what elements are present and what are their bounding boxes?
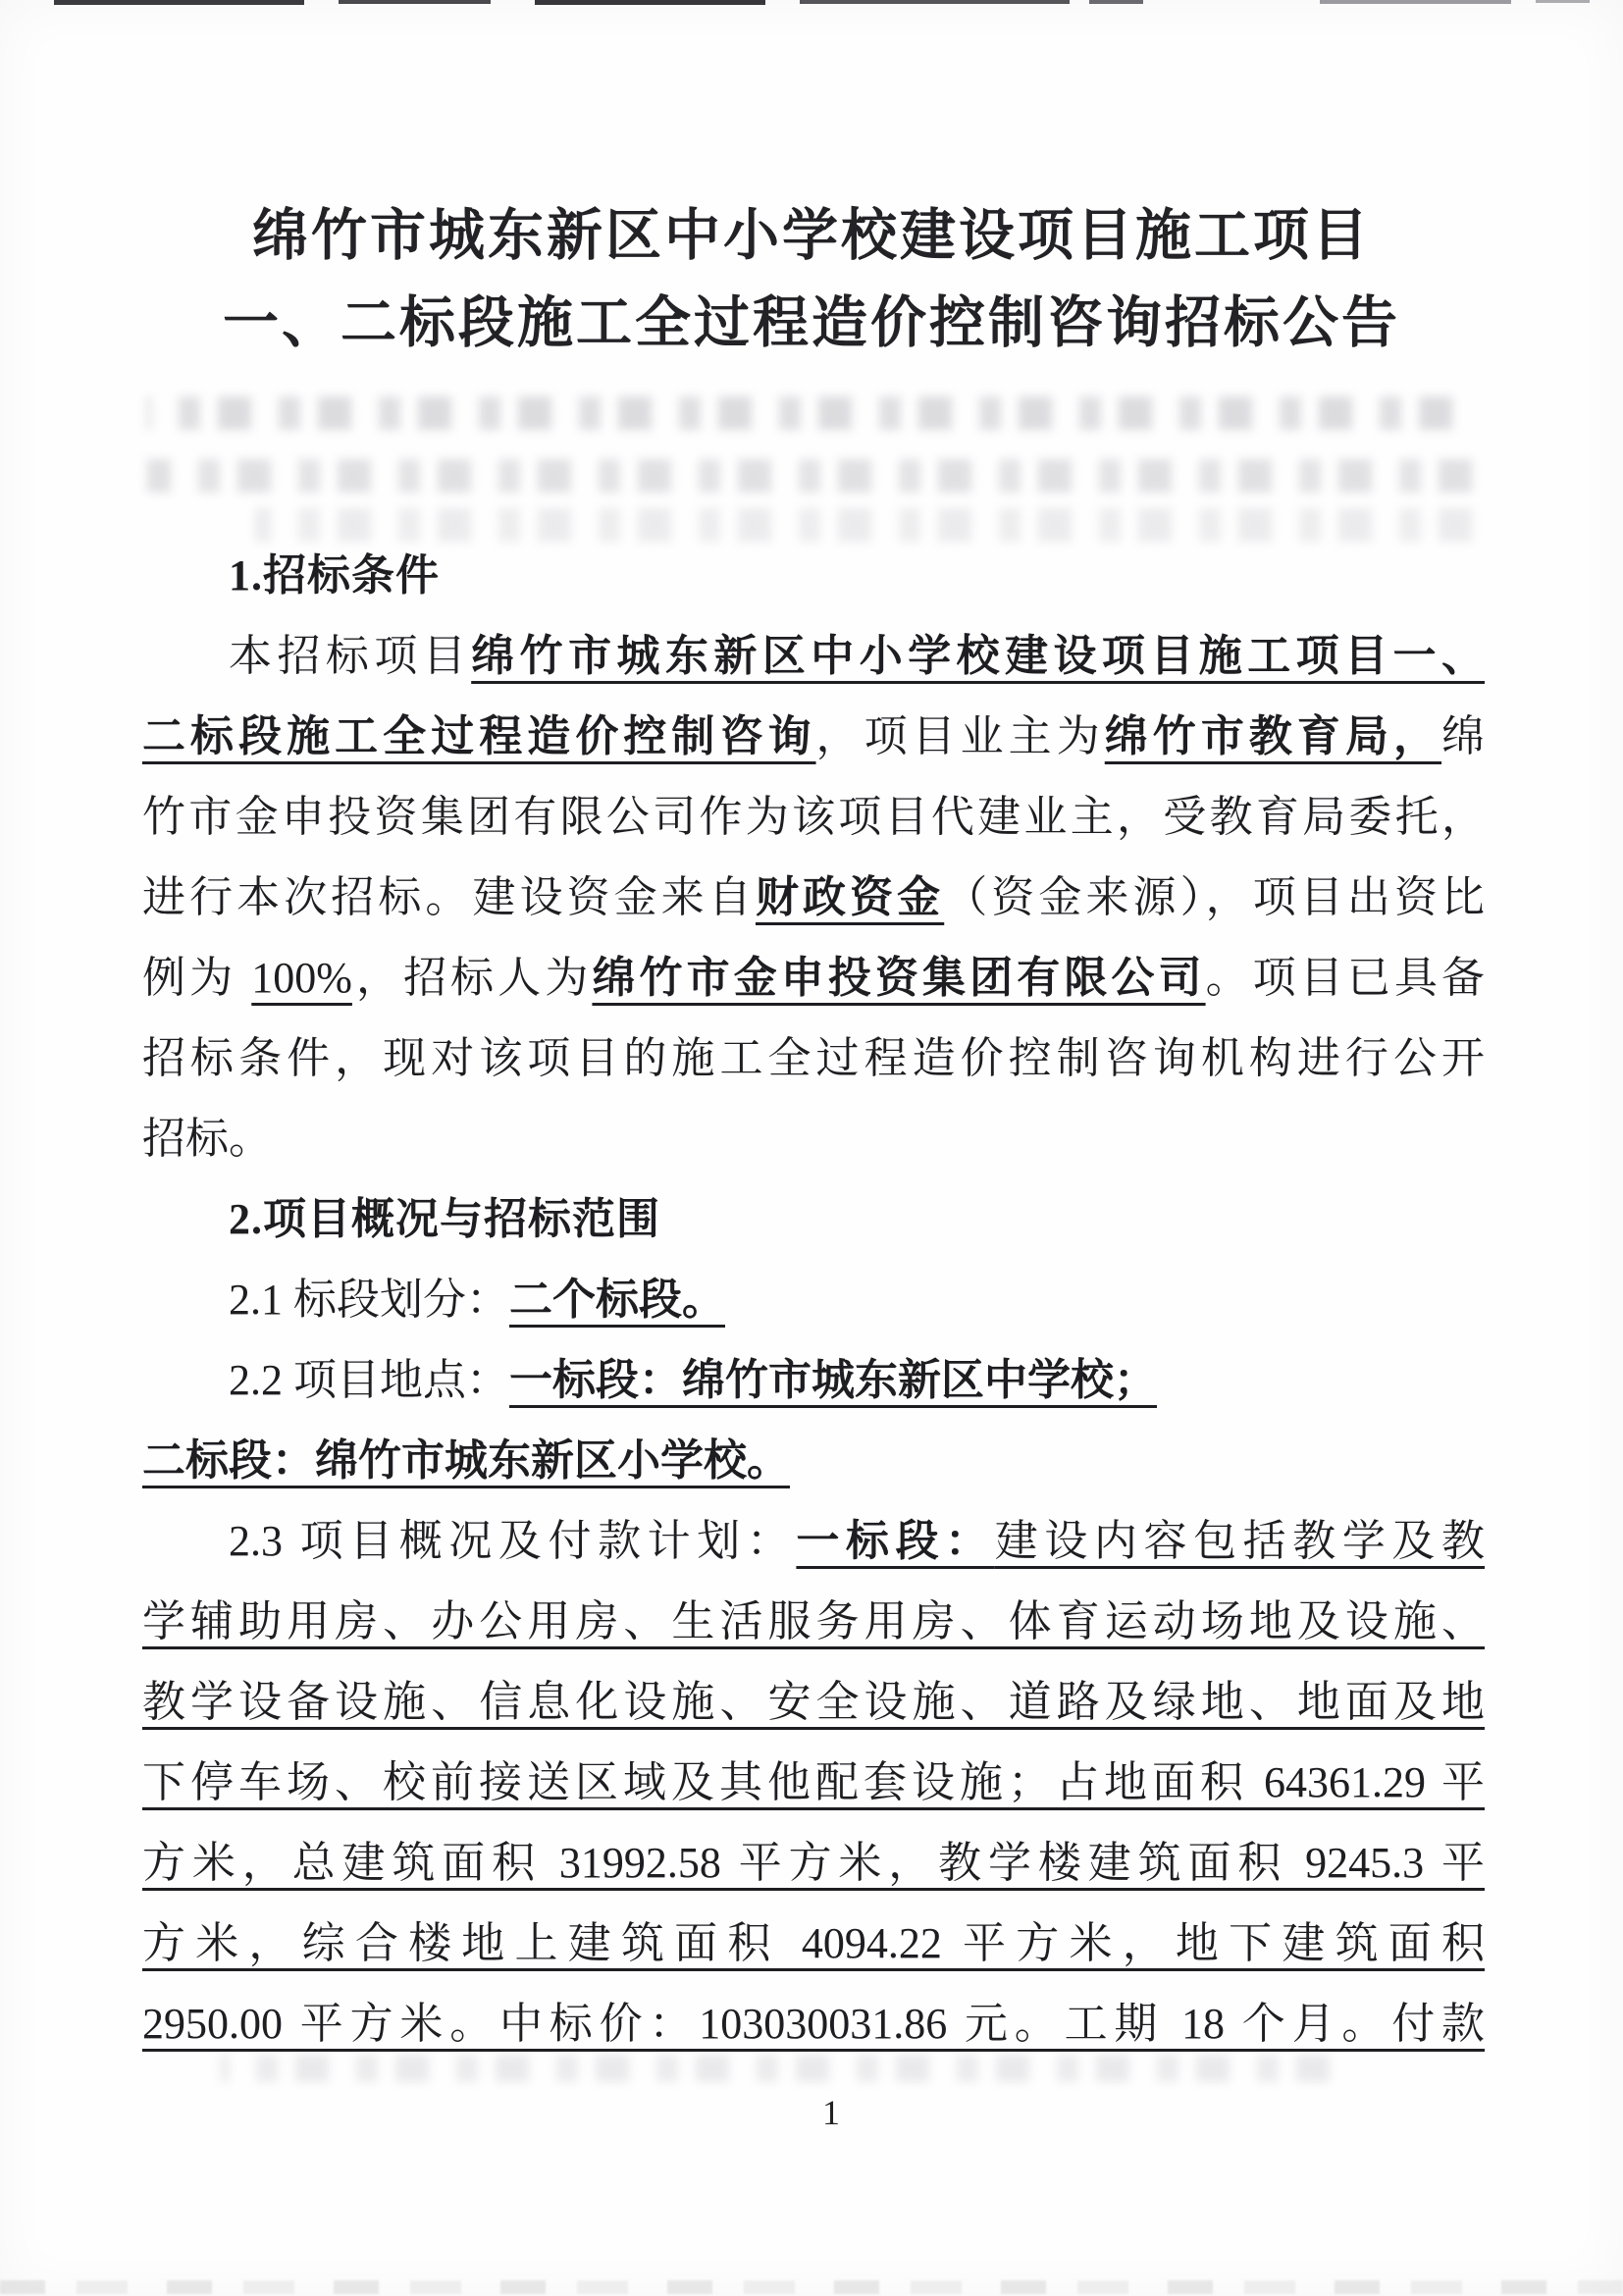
document-title-line-1: 绵竹市城东新区中小学校建设项目施工项目 — [0, 192, 1623, 280]
section-1-heading: 1.招标条件 — [142, 536, 1485, 616]
text-run: ，项目业主为 — [816, 712, 1105, 760]
text-run: 二标段：绵竹市城东新区小学校。 — [142, 1436, 790, 1485]
para-1-line-1: 本招标项目绵竹市城东新区中小学校建设项目施工项目一、 — [142, 616, 1485, 697]
clause-2-3-line-4: 下停车场、校前接送区域及其他配套设施；占地面积 64361.29 平 — [142, 1743, 1485, 1823]
para-1-line-2: 二标段施工全过程造价控制咨询，项目业主为绵竹市教育局，绵 — [142, 697, 1485, 777]
clause-2-3-line-1: 2.3 项目概况及付款计划：一标段：建设内容包括教学及教 — [142, 1501, 1485, 1582]
scan-artifact — [1536, 0, 1590, 3]
text-run: 建设内容包括教学及教 — [995, 1517, 1485, 1565]
document-title: 绵竹市城东新区中小学校建设项目施工项目 一、二标段施工全过程造价控制咨询招标公告 — [0, 192, 1623, 367]
clause-2-3-line-2: 学辅助用房、办公用房、生活服务用房、体育运动场地及设施、 — [142, 1582, 1485, 1662]
text-run: 招标条件，现对该项目的施工全过程造价控制咨询机构进行公开 — [142, 1034, 1485, 1082]
text-run: 2.项目概况与招标范围 — [229, 1195, 660, 1243]
bleedthrough-artifact — [147, 396, 1452, 430]
clause-2-2-line-2: 二标段：绵竹市城东新区小学校。 — [142, 1421, 1485, 1501]
scan-artifact — [54, 0, 304, 5]
clause-2-3-line-3: 教学设备设施、信息化设施、安全设施、道路及绿地、地面及地 — [142, 1662, 1485, 1743]
text-run: 财政资金 — [756, 873, 944, 921]
text-run: 2950.00 平方米。中标价：103030031.86 元。工期 18 个月。… — [142, 2000, 1485, 2048]
text-run: 本招标项目 — [229, 632, 471, 680]
clause-2-3-line-7: 2950.00 平方米。中标价：103030031.86 元。工期 18 个月。… — [142, 1984, 1485, 2064]
clause-2-1: 2.1 标段划分：二个标段。 — [142, 1260, 1485, 1340]
text-run: 2.2 项目地点： — [229, 1356, 509, 1404]
text-run: 下停车场、校前接送区域及其他配套设施；占地面积 64361.29 平 — [142, 1758, 1485, 1806]
scan-artifact — [800, 0, 1070, 4]
scan-artifact — [1089, 0, 1143, 4]
text-run: 招标。 — [142, 1115, 272, 1163]
page-number: 1 — [39, 2090, 1623, 2135]
clause-2-2-line-1: 2.2 项目地点：一标段：绵竹市城东新区中学校； — [142, 1340, 1485, 1421]
text-run: 进行本次招标。建设资金来自 — [142, 873, 756, 921]
scan-artifact — [1320, 0, 1511, 4]
text-run: 例为 — [142, 954, 251, 1002]
text-run: 教学设备设施、信息化设施、安全设施、道路及绿地、地面及地 — [142, 1678, 1485, 1726]
text-run: 100% — [251, 954, 352, 1002]
bleedthrough-artifact — [147, 459, 1472, 493]
text-run: 2.3 项目概况及付款计划： — [229, 1517, 796, 1565]
section-2-heading: 2.项目概况与招标范围 — [142, 1179, 1485, 1260]
text-run: ，招标人为 — [352, 954, 593, 1002]
text-run: （资金来源），项目出资比 — [944, 873, 1485, 921]
document-title-line-2: 一、二标段施工全过程造价控制咨询招标公告 — [0, 280, 1623, 367]
para-1-line-4: 进行本次招标。建设资金来自财政资金（资金来源），项目出资比 — [142, 858, 1485, 938]
bleedthrough-artifact — [0, 2280, 1623, 2294]
text-run: 二标段施工全过程造价控制咨询 — [142, 712, 816, 760]
text-run: 绵 — [1441, 712, 1485, 760]
text-run: 。项目已具备 — [1206, 954, 1485, 1002]
scan-artifact — [535, 0, 765, 5]
text-run: 方米，总建筑面积 31992.58 平方米，教学楼建筑面积 9245.3 平 — [142, 1839, 1485, 1887]
para-1-line-3: 竹市金申投资集团有限公司作为该项目代建业主，受教育局委托， — [142, 777, 1485, 858]
text-run: 绵竹市金申投资集团有限公司 — [592, 954, 1205, 1002]
document-body: 1.招标条件本招标项目绵竹市城东新区中小学校建设项目施工项目一、二标段施工全过程… — [142, 536, 1485, 2064]
text-run: 方米，综合楼地上建筑面积 4094.22 平方米，地下建筑面积 — [142, 1919, 1485, 1967]
clause-2-3-line-5: 方米，总建筑面积 31992.58 平方米，教学楼建筑面积 9245.3 平 — [142, 1823, 1485, 1904]
text-run: 绵竹市教育局， — [1105, 712, 1441, 760]
scan-artifact — [339, 0, 491, 4]
text-run: 学辅助用房、办公用房、生活服务用房、体育运动场地及设施、 — [142, 1597, 1485, 1645]
text-run: 一标段：绵竹市城东新区中学校； — [509, 1356, 1157, 1404]
clause-2-3-line-6: 方米，综合楼地上建筑面积 4094.22 平方米，地下建筑面积 — [142, 1904, 1485, 1984]
text-run: 二个标段。 — [509, 1276, 725, 1324]
text-run: 竹市金申投资集团有限公司作为该项目代建业主，受教育局委托， — [142, 793, 1485, 841]
para-1-line-5: 例为 100%，招标人为绵竹市金申投资集团有限公司。项目已具备 — [142, 938, 1485, 1018]
text-run: 绵竹市城东新区中小学校建设项目施工项目一、 — [471, 632, 1485, 680]
para-1-line-7: 招标。 — [142, 1099, 1485, 1179]
scanned-page: 绵竹市城东新区中小学校建设项目施工项目 一、二标段施工全过程造价控制咨询招标公告… — [0, 0, 1623, 2296]
text-run: 2.1 标段划分： — [229, 1276, 509, 1324]
para-1-line-6: 招标条件，现对该项目的施工全过程造价控制咨询机构进行公开 — [142, 1018, 1485, 1099]
text-run: 一标段： — [796, 1517, 994, 1565]
text-run: 1.招标条件 — [229, 551, 440, 600]
